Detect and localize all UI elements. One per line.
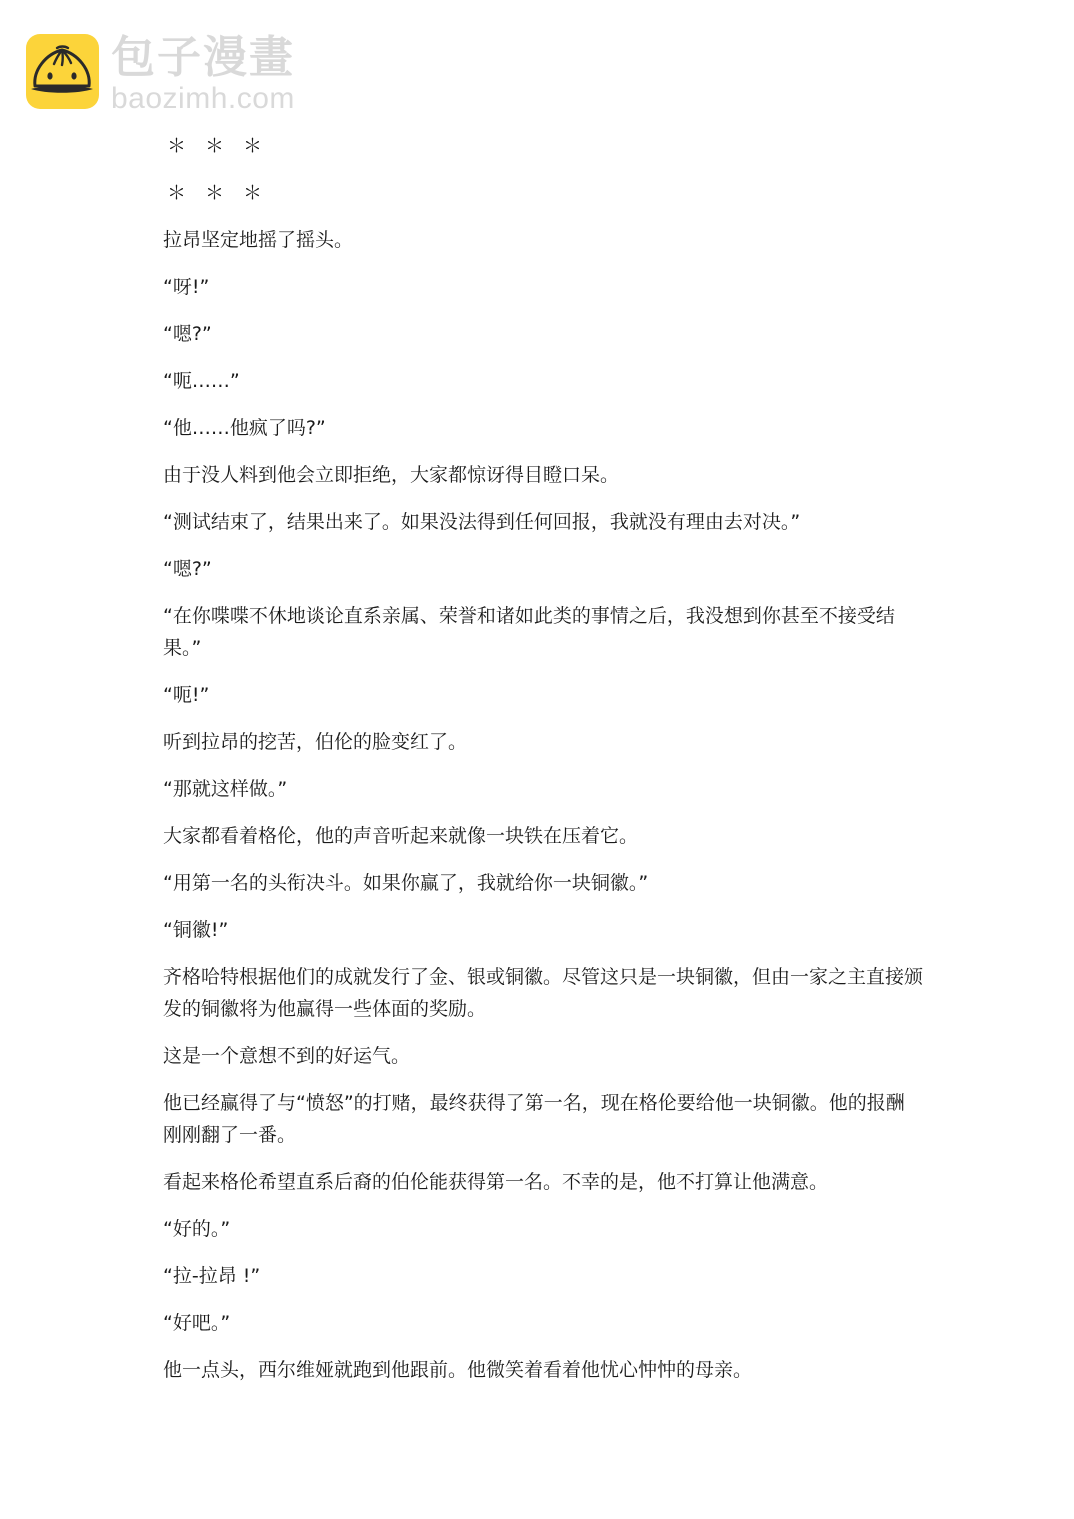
paragraph: “呃!”	[163, 679, 923, 711]
brand-wordmark: 包子漫畫 baozimh.com	[111, 34, 295, 114]
paragraph: 这是一个意想不到的好运气。	[163, 1040, 923, 1072]
paragraph: “用第一名的头衔决斗。如果你赢了，我就给你一块铜徽。”	[163, 867, 923, 899]
paragraph: “嗯?”	[163, 553, 923, 585]
paragraph: “呀!”	[163, 271, 923, 303]
paragraph: 看起来格伦希望直系后裔的伯伦能获得第一名。不幸的是，他不打算让他满意。	[163, 1166, 923, 1198]
paragraph: 拉昂坚定地摇了摇头。	[163, 224, 923, 256]
paragraph: 由于没人料到他会立即拒绝，大家都惊讶得目瞪口呆。	[163, 459, 923, 491]
paragraph: “嗯?”	[163, 318, 923, 350]
paragraph: 他已经赢得了与“愤怒”的打赌，最终获得了第一名，现在格伦要给他一块铜徽。他的报酬…	[163, 1087, 923, 1151]
paragraph: “测试结束了，结果出来了。如果没法得到任何回报，我就没有理由去对决。”	[163, 506, 923, 538]
paragraph: 听到拉昂的挖苦，伯伦的脸变红了。	[163, 726, 923, 758]
document-body: ＊ ＊ ＊ ＊ ＊ ＊ 拉昂坚定地摇了摇头。 “呀!” “嗯?” “呃……” “…	[163, 130, 923, 1401]
paragraph: 齐格哈特根据他们的成就发行了金、银或铜徽。尽管这只是一块铜徽，但由一家之主直接颁…	[163, 961, 923, 1025]
section-divider: ＊ ＊ ＊	[163, 177, 923, 209]
paragraph: “拉-拉昂 !”	[163, 1260, 923, 1292]
paragraph: “他……他疯了吗?”	[163, 412, 923, 444]
brand-name-cn: 包子漫畫	[111, 36, 295, 80]
paragraph: 他一点头，西尔维娅就跑到他跟前。他微笑着看着他忧心忡忡的母亲。	[163, 1354, 923, 1386]
paragraph: “铜徽!”	[163, 914, 923, 946]
section-divider: ＊ ＊ ＊	[163, 130, 923, 162]
brand-url: baozimh.com	[111, 84, 295, 114]
steamed-bun-icon	[26, 34, 99, 109]
paragraph: “在你喋喋不休地谈论直系亲属、荣誉和诸如此类的事情之后，我没想到你甚至不接受结果…	[163, 600, 923, 664]
paragraph: “那就这样做。”	[163, 773, 923, 805]
paragraph: “好的。”	[163, 1213, 923, 1245]
paragraph: “呃……”	[163, 365, 923, 397]
paragraph: “好吧。”	[163, 1307, 923, 1339]
paragraph: 大家都看着格伦，他的声音听起来就像一块铁在压着它。	[163, 820, 923, 852]
watermark: 包子漫畫 baozimh.com	[26, 34, 295, 114]
